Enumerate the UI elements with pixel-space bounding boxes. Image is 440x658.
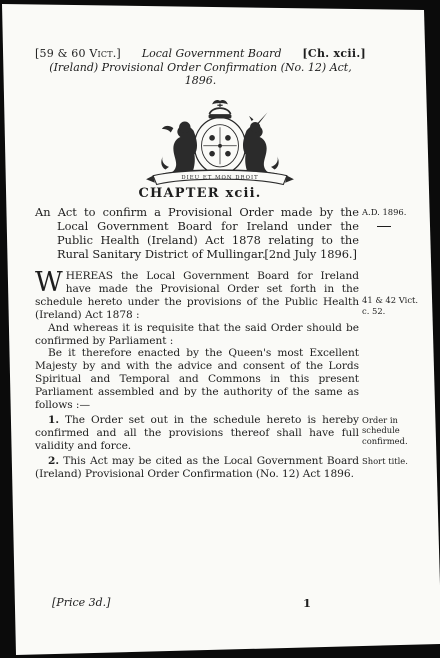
margin-note-statute: 41 & 42 Vict. c. 52. xyxy=(362,295,426,316)
preamble-whereas: WHEREAS the Local Government Board for I… xyxy=(35,270,359,322)
royal-assent-date: [2nd July 1896.] xyxy=(286,247,357,261)
running-subtitle: (Ireland) Provisional Order Confirmation… xyxy=(35,61,366,87)
section-1: 1. The Order set out in the schedule her… xyxy=(35,414,359,453)
page-number: 1 xyxy=(303,596,311,610)
crown xyxy=(209,100,232,118)
chapter-reference: [Ch. xcii.] xyxy=(302,47,366,60)
section-1-number: 1. xyxy=(48,414,59,426)
scanned-page: [59 & 60 Vict.] Local Government Board [… xyxy=(0,0,440,658)
lion-supporter xyxy=(161,122,197,176)
motto-ribbon: DIEU ET MON DROIT xyxy=(146,170,294,184)
regnal-citation: [59 & 60 Vict.] xyxy=(35,47,121,60)
margin-note-section-2: Short title. xyxy=(362,456,426,467)
drop-cap: W xyxy=(35,270,66,294)
header-line-1: [59 & 60 Vict.] Local Government Board [… xyxy=(35,47,366,60)
running-title: Local Government Board xyxy=(142,47,282,60)
motto-text: DIEU ET MON DROIT xyxy=(181,175,258,181)
margin-note-year: A.D. 1896. xyxy=(362,207,426,218)
section-2-text: This Act may be cited as the Local Gover… xyxy=(35,455,359,480)
section-2-number: 2. xyxy=(48,455,59,467)
act-body: An Act to confirm a Provisional Order ma… xyxy=(35,205,359,481)
long-title: An Act to confirm a Provisional Order ma… xyxy=(35,205,359,261)
unicorn-supporter xyxy=(243,112,279,175)
chapter-heading: CHAPTER xcii. xyxy=(35,186,365,201)
page-header: [59 & 60 Vict.] Local Government Board [… xyxy=(35,47,366,87)
whereas-text: HEREAS the Local Government Board for Ir… xyxy=(35,270,359,321)
margin-note-rule xyxy=(377,226,391,227)
section-2: 2. This Act may be cited as the Local Go… xyxy=(35,455,359,481)
preamble-and-whereas: And whereas it is requisite that the sai… xyxy=(35,322,359,348)
royal-coat-of-arms: DIEU ET MON DROIT xyxy=(123,100,317,188)
page-content: [59 & 60 Vict.] Local Government Board [… xyxy=(0,0,440,658)
shield-quarters xyxy=(203,127,236,164)
section-1-text: The Order set out in the schedule hereto… xyxy=(35,414,359,452)
enacting-formula: Be it therefore enacted by the Queen's m… xyxy=(35,347,359,412)
margin-note-section-1: Order in schedule confirmed. xyxy=(362,415,426,447)
royal-arms-engraving: DIEU ET MON DROIT xyxy=(123,100,317,188)
price-note: [Price 3d.] xyxy=(52,596,110,609)
